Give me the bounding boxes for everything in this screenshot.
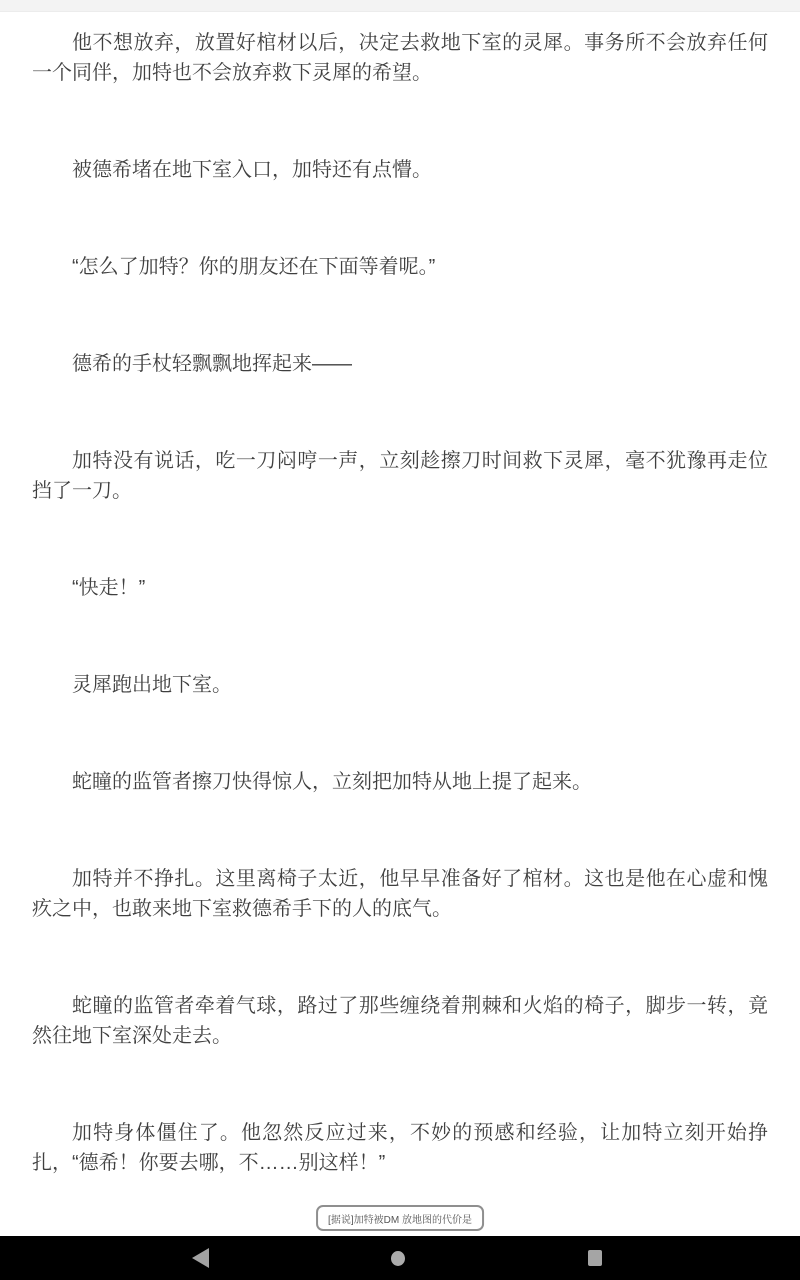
reader-content: 他不想放弃，放置好棺材以后，决定去救地下室的灵犀。事务所不会放弃任何一个同伴，加…	[0, 13, 800, 1236]
paragraph: 加特没有说话，吃一刀闷哼一声，立刻趁擦刀时间救下灵犀，毫不犹豫再走位挡了一刀。	[32, 446, 768, 506]
paragraph: 加特并不挣扎。这里离椅子太近，他早早准备好了棺材。这也是他在心虚和愧疚之中，也敢…	[32, 864, 768, 924]
recents-button[interactable]	[555, 1236, 635, 1280]
chapter-title-chip[interactable]: [据说]加特被DM 放地图的代价是	[316, 1205, 484, 1231]
back-icon	[192, 1248, 209, 1268]
recents-icon	[588, 1250, 602, 1266]
android-nav-bar	[0, 1236, 800, 1280]
home-button[interactable]	[358, 1236, 438, 1280]
back-button[interactable]	[160, 1236, 240, 1280]
home-icon	[391, 1251, 405, 1266]
paragraph: 蛇瞳的监管者牵着气球，路过了那些缠绕着荆棘和火焰的椅子，脚步一转，竟然往地下室深…	[32, 991, 768, 1051]
paragraph: 他不想放弃，放置好棺材以后，决定去救地下室的灵犀。事务所不会放弃任何一个同伴，加…	[32, 28, 768, 88]
paragraph: 蛇瞳的监管者擦刀快得惊人，立刻把加特从地上提了起来。	[32, 767, 768, 797]
top-edge-strip	[0, 0, 800, 12]
paragraph: 被德希堵在地下室入口，加特还有点懵。	[32, 155, 768, 185]
paragraph: 加特身体僵住了。他忽然反应过来，不妙的预感和经验，让加特立刻开始挣扎，“德希！你…	[32, 1118, 768, 1178]
paragraph: “快走！”	[32, 573, 768, 603]
paragraph: “怎么了加特？你的朋友还在下面等着呢。”	[32, 252, 768, 282]
paragraph: 德希的手杖轻飘飘地挥起来——	[32, 349, 768, 379]
paragraph: 灵犀跑出地下室。	[32, 670, 768, 700]
paragraph-list: 他不想放弃，放置好棺材以后，决定去救地下室的灵犀。事务所不会放弃任何一个同伴，加…	[32, 28, 768, 1178]
